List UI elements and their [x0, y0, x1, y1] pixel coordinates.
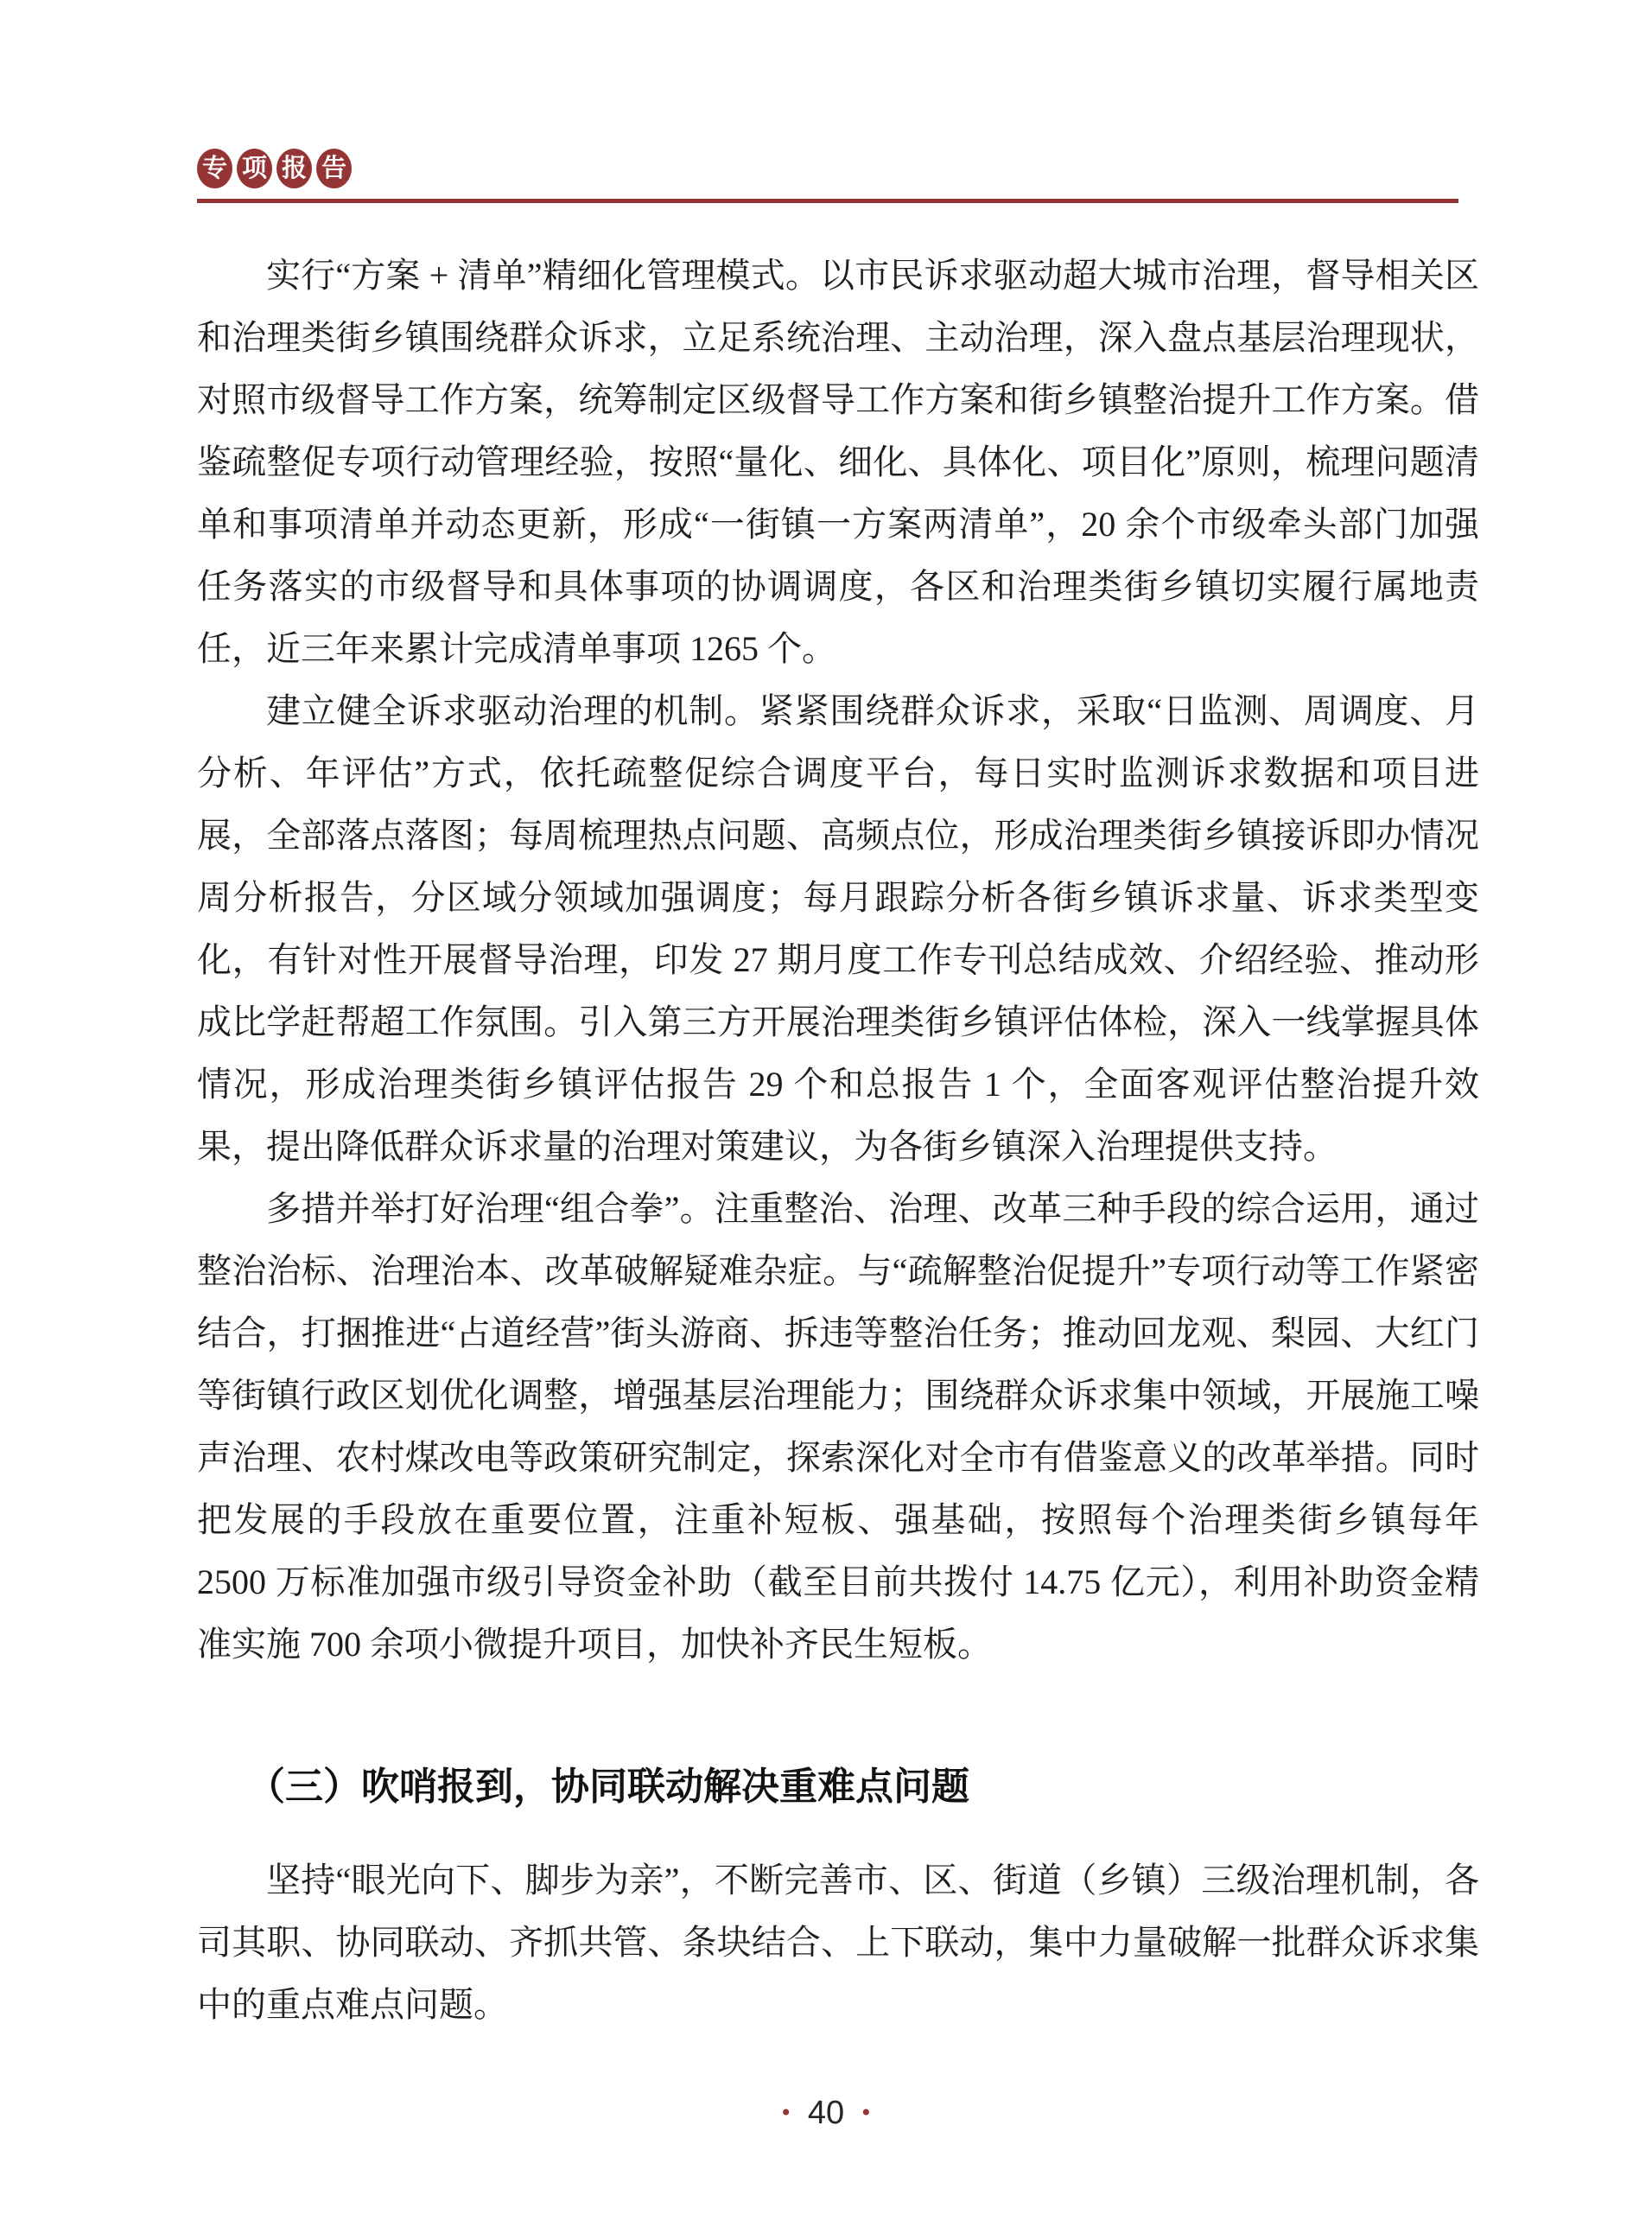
footer-dot-right: •	[861, 2100, 871, 2126]
page-footer: • 40 •	[0, 2097, 1652, 2129]
paragraph-combined-measures: 多措并举打好治理“组合拳”。注重整治、治理、改革三种手段的综合运用，通过整治治标…	[197, 1178, 1479, 1676]
badge-char-2: 项	[237, 149, 272, 188]
badge-char-1: 专	[197, 149, 232, 188]
paragraph-whistle-coordination: 坚持“眼光向下、脚步为亲”，不断完善市、区、街道（乡镇）三级治理机制，各司其职、…	[197, 1849, 1479, 2036]
footer-dot-left: •	[781, 2100, 791, 2126]
paragraph-management-model: 实行“方案 + 清单”精细化管理模式。以市民诉求驱动超大城市治理，督导相关区和治…	[197, 245, 1479, 680]
page-body: 实行“方案 + 清单”精细化管理模式。以市民诉求驱动超大城市治理，督导相关区和治…	[197, 245, 1479, 2036]
header-divider	[197, 199, 1458, 203]
paragraph-demand-driven-mechanism: 建立健全诉求驱动治理的机制。紧紧围绕群众诉求，采取“日监测、周调度、月分析、年评…	[197, 680, 1479, 1178]
report-type-badge: 专 项 报 告	[197, 149, 1479, 188]
section-heading: （三）吹哨报到，协同联动解决重难点问题	[247, 1762, 1479, 1811]
badge-char-4: 告	[316, 149, 352, 188]
badge-char-3: 报	[276, 149, 312, 188]
document-page: 专 项 报 告 实行“方案 + 清单”精细化管理模式。以市民诉求驱动超大城市治理…	[0, 0, 1652, 2240]
page-header: 专 项 报 告	[197, 149, 1479, 203]
page-number: 40	[808, 2097, 844, 2129]
